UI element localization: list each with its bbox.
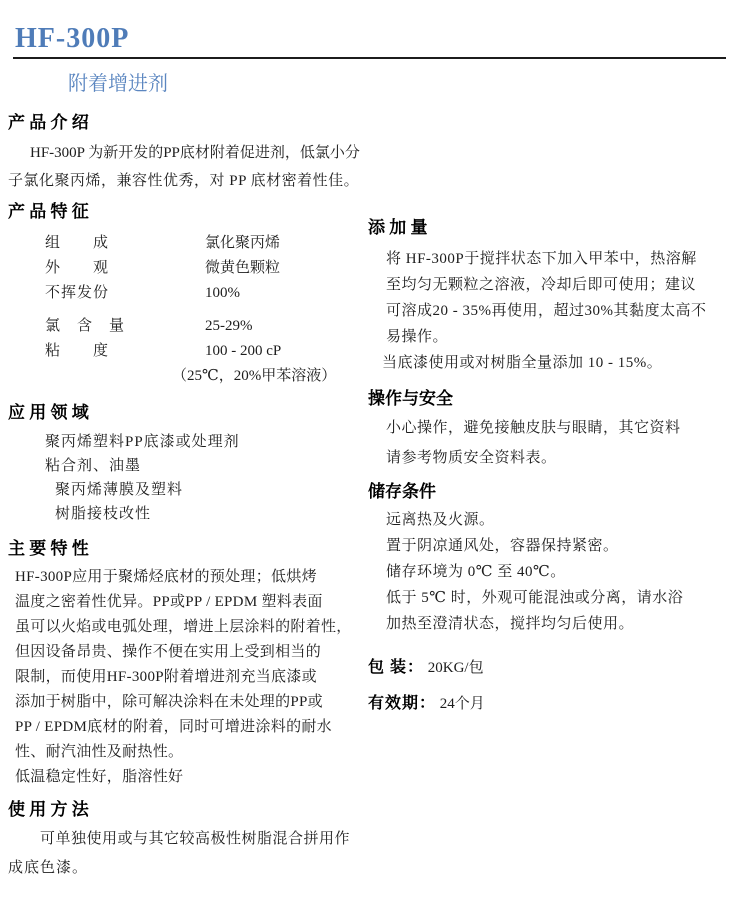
feature-value: 100 - 200 cP [205,339,363,364]
paragraph-line: 但因设备昂贵、操作不便在实用上受到相当的 [0,640,363,665]
feature-row: 外 观 微黄色颗粒 [0,256,363,281]
paragraph-line: 温度之密着性优异。PP或PP / EPDM 塑料表面 [0,590,363,615]
paragraph-line: 添加于树脂中，除可解决涂料在未处理的PP或 [0,690,363,715]
shelf-life-line: 有效期： 24个月 [368,690,733,713]
paragraph-line: 小心操作，避免接触皮肤与眼睛，其它资料 [363,413,733,443]
paragraph-line: 储存环境为 0℃ 至 40℃。 [363,559,733,585]
section-applications: 应 用 领 域 聚丙烯塑料PP底漆或处理剂 粘合剂、油墨 聚丙烯薄膜及塑料 树脂… [0,402,363,526]
shelf-life-value: 24个月 [440,696,485,712]
feature-value: 25-29% [205,314,363,339]
product-subtitle: 附着增进剂 [68,72,733,96]
title-underline [13,57,726,59]
two-column-body: 产 品 特 征 组 成 氯化聚丙烯 外 观 微黄色颗粒 不挥发份 100% [0,201,733,883]
packaging-label: 包 装： [368,659,424,676]
feature-condition-note: （25℃，20%甲苯溶液） [0,364,363,388]
section-handling-safety: 操作与安全 小心操作，避免接触皮肤与眼睛，其它资料 请参考物质安全资料表。 [363,388,733,473]
feature-label: 粘 度 [0,339,205,364]
section-heading-storage: 储存条件 [368,481,733,502]
paragraph-line: 可溶成20 - 35%再使用，超过30%其黏度太高不 [363,298,733,324]
feature-label: 氯 含 量 [0,314,205,339]
section-heading-usage: 使 用 方 法 [8,799,363,820]
paragraph-line: 虽可以火焰或电弧处理，增进上层涂料的附着性， [0,615,363,640]
page-title: HF-300P [15,24,733,54]
section-heading-dosage: 添 加 量 [368,217,733,238]
left-column: 产 品 特 征 组 成 氯化聚丙烯 外 观 微黄色颗粒 不挥发份 100% [0,201,363,883]
feature-label: 外 观 [0,256,205,281]
shelf-life-label: 有效期： [368,695,436,712]
intro-line: 子氯化聚丙烯，兼容性优秀，对 PP 底材密着性佳。 [0,167,733,195]
paragraph-line: 远离热及火源。 [363,507,733,533]
feature-value: 氯化聚丙烯 [205,231,363,256]
application-item: 树脂接枝改性 [0,502,363,526]
paragraph-line: HF-300P应用于聚烯烃底材的预处理；低烘烤 [0,565,363,590]
paragraph-line: 性、耐汽油性及耐热性。 [0,740,363,765]
main-characteristics-paragraph: HF-300P应用于聚烯烃底材的预处理；低烘烤 温度之密着性优异。PP或PP /… [0,565,363,790]
intro-line: HF-300P 为新开发的PP底材附着促进剂，低氯小分 [0,139,733,167]
packaging-value: 20KG/包 [428,660,484,676]
feature-row: 氯 含 量 25-29% [0,314,363,339]
section-heading-main-characteristics: 主 要 特 性 [8,538,363,559]
packaging-line: 包 装： 20KG/包 [368,654,733,677]
paragraph-line: 可单独使用或与其它较高极性树脂混合拼用作 [0,825,363,854]
feature-row: 不挥发份 100% [0,281,363,306]
section-usage-method: 使 用 方 法 可单独使用或与其它较高极性树脂混合拼用作 成底色漆。 [0,799,363,883]
feature-row: 组 成 氯化聚丙烯 [0,231,363,256]
paragraph-line: 限制，而使用HF-300P附着增进剂充当底漆或 [0,665,363,690]
application-list: 聚丙烯塑料PP底漆或处理剂 粘合剂、油墨 聚丙烯薄膜及塑料 树脂接枝改性 [0,430,363,526]
feature-value: 100% [205,281,363,306]
feature-value: 微黄色颗粒 [205,256,363,281]
feature-row: 粘 度 100 - 200 cP [0,339,363,364]
paragraph-line: 将 HF-300P于搅拌状态下加入甲苯中，热溶解 [363,246,733,272]
section-heading-features: 产 品 特 征 [8,201,363,222]
application-item: 粘合剂、油墨 [0,454,363,478]
paragraph-line: PP / EPDM底材的附着，同时可增进涂料的耐水 [0,715,363,740]
application-item: 聚丙烯塑料PP底漆或处理剂 [0,430,363,454]
features-table: 组 成 氯化聚丙烯 外 观 微黄色颗粒 不挥发份 100% 氯 含 量 25-2… [0,231,363,388]
paragraph-line: 成底色漆。 [0,854,363,883]
paragraph-line: 至均匀无颗粒之溶液，冷却后即可使用；建议 [363,272,733,298]
paragraph-line: 加热至澄清状态，搅拌均匀后使用。 [363,611,733,637]
paragraph-line: 低温稳定性好，脂溶性好 [0,765,363,790]
paragraph-line: 请参考物质安全资料表。 [363,443,733,473]
document-page: HF-300P 附着增进剂 产 品 介 绍 HF-300P 为新开发的PP底材附… [0,0,733,908]
section-heading-intro: 产 品 介 绍 [8,112,733,133]
section-storage-conditions: 储存条件 远离热及火源。 置于阴凉通风处，容器保持紧密。 储存环境为 0℃ 至 … [363,481,733,637]
storage-paragraph: 远离热及火源。 置于阴凉通风处，容器保持紧密。 储存环境为 0℃ 至 40℃。 … [363,507,733,637]
section-heading-applications: 应 用 领 域 [8,402,363,423]
section-dosage: 添 加 量 将 HF-300P于搅拌状态下加入甲苯中，热溶解 至均匀无颗粒之溶液… [363,217,733,376]
dosage-paragraph: 将 HF-300P于搅拌状态下加入甲苯中，热溶解 至均匀无颗粒之溶液，冷却后即可… [363,246,733,376]
section-main-characteristics: 主 要 特 性 HF-300P应用于聚烯烃底材的预处理；低烘烤 温度之密着性优异… [0,538,363,790]
right-column: 添 加 量 将 HF-300P于搅拌状态下加入甲苯中，热溶解 至均匀无颗粒之溶液… [363,201,733,883]
application-item: 聚丙烯薄膜及塑料 [0,478,363,502]
paragraph-line: 当底漆使用或对树脂全量添加 10 - 15%。 [363,350,733,376]
section-product-features: 产 品 特 征 组 成 氯化聚丙烯 外 观 微黄色颗粒 不挥发份 100% [0,201,363,388]
paragraph-line: 易操作。 [363,324,733,350]
paragraph-line: 置于阴凉通风处，容器保持紧密。 [363,533,733,559]
feature-label: 组 成 [0,231,205,256]
paragraph-line: 低于 5℃ 时，外观可能混浊或分离，请水浴 [363,585,733,611]
section-product-intro: 产 品 介 绍 HF-300P 为新开发的PP底材附着促进剂，低氯小分 子氯化聚… [0,112,733,195]
feature-label: 不挥发份 [0,281,205,306]
safety-paragraph: 小心操作，避免接触皮肤与眼睛，其它资料 请参考物质安全资料表。 [363,413,733,473]
section-heading-safety: 操作与安全 [368,388,733,409]
